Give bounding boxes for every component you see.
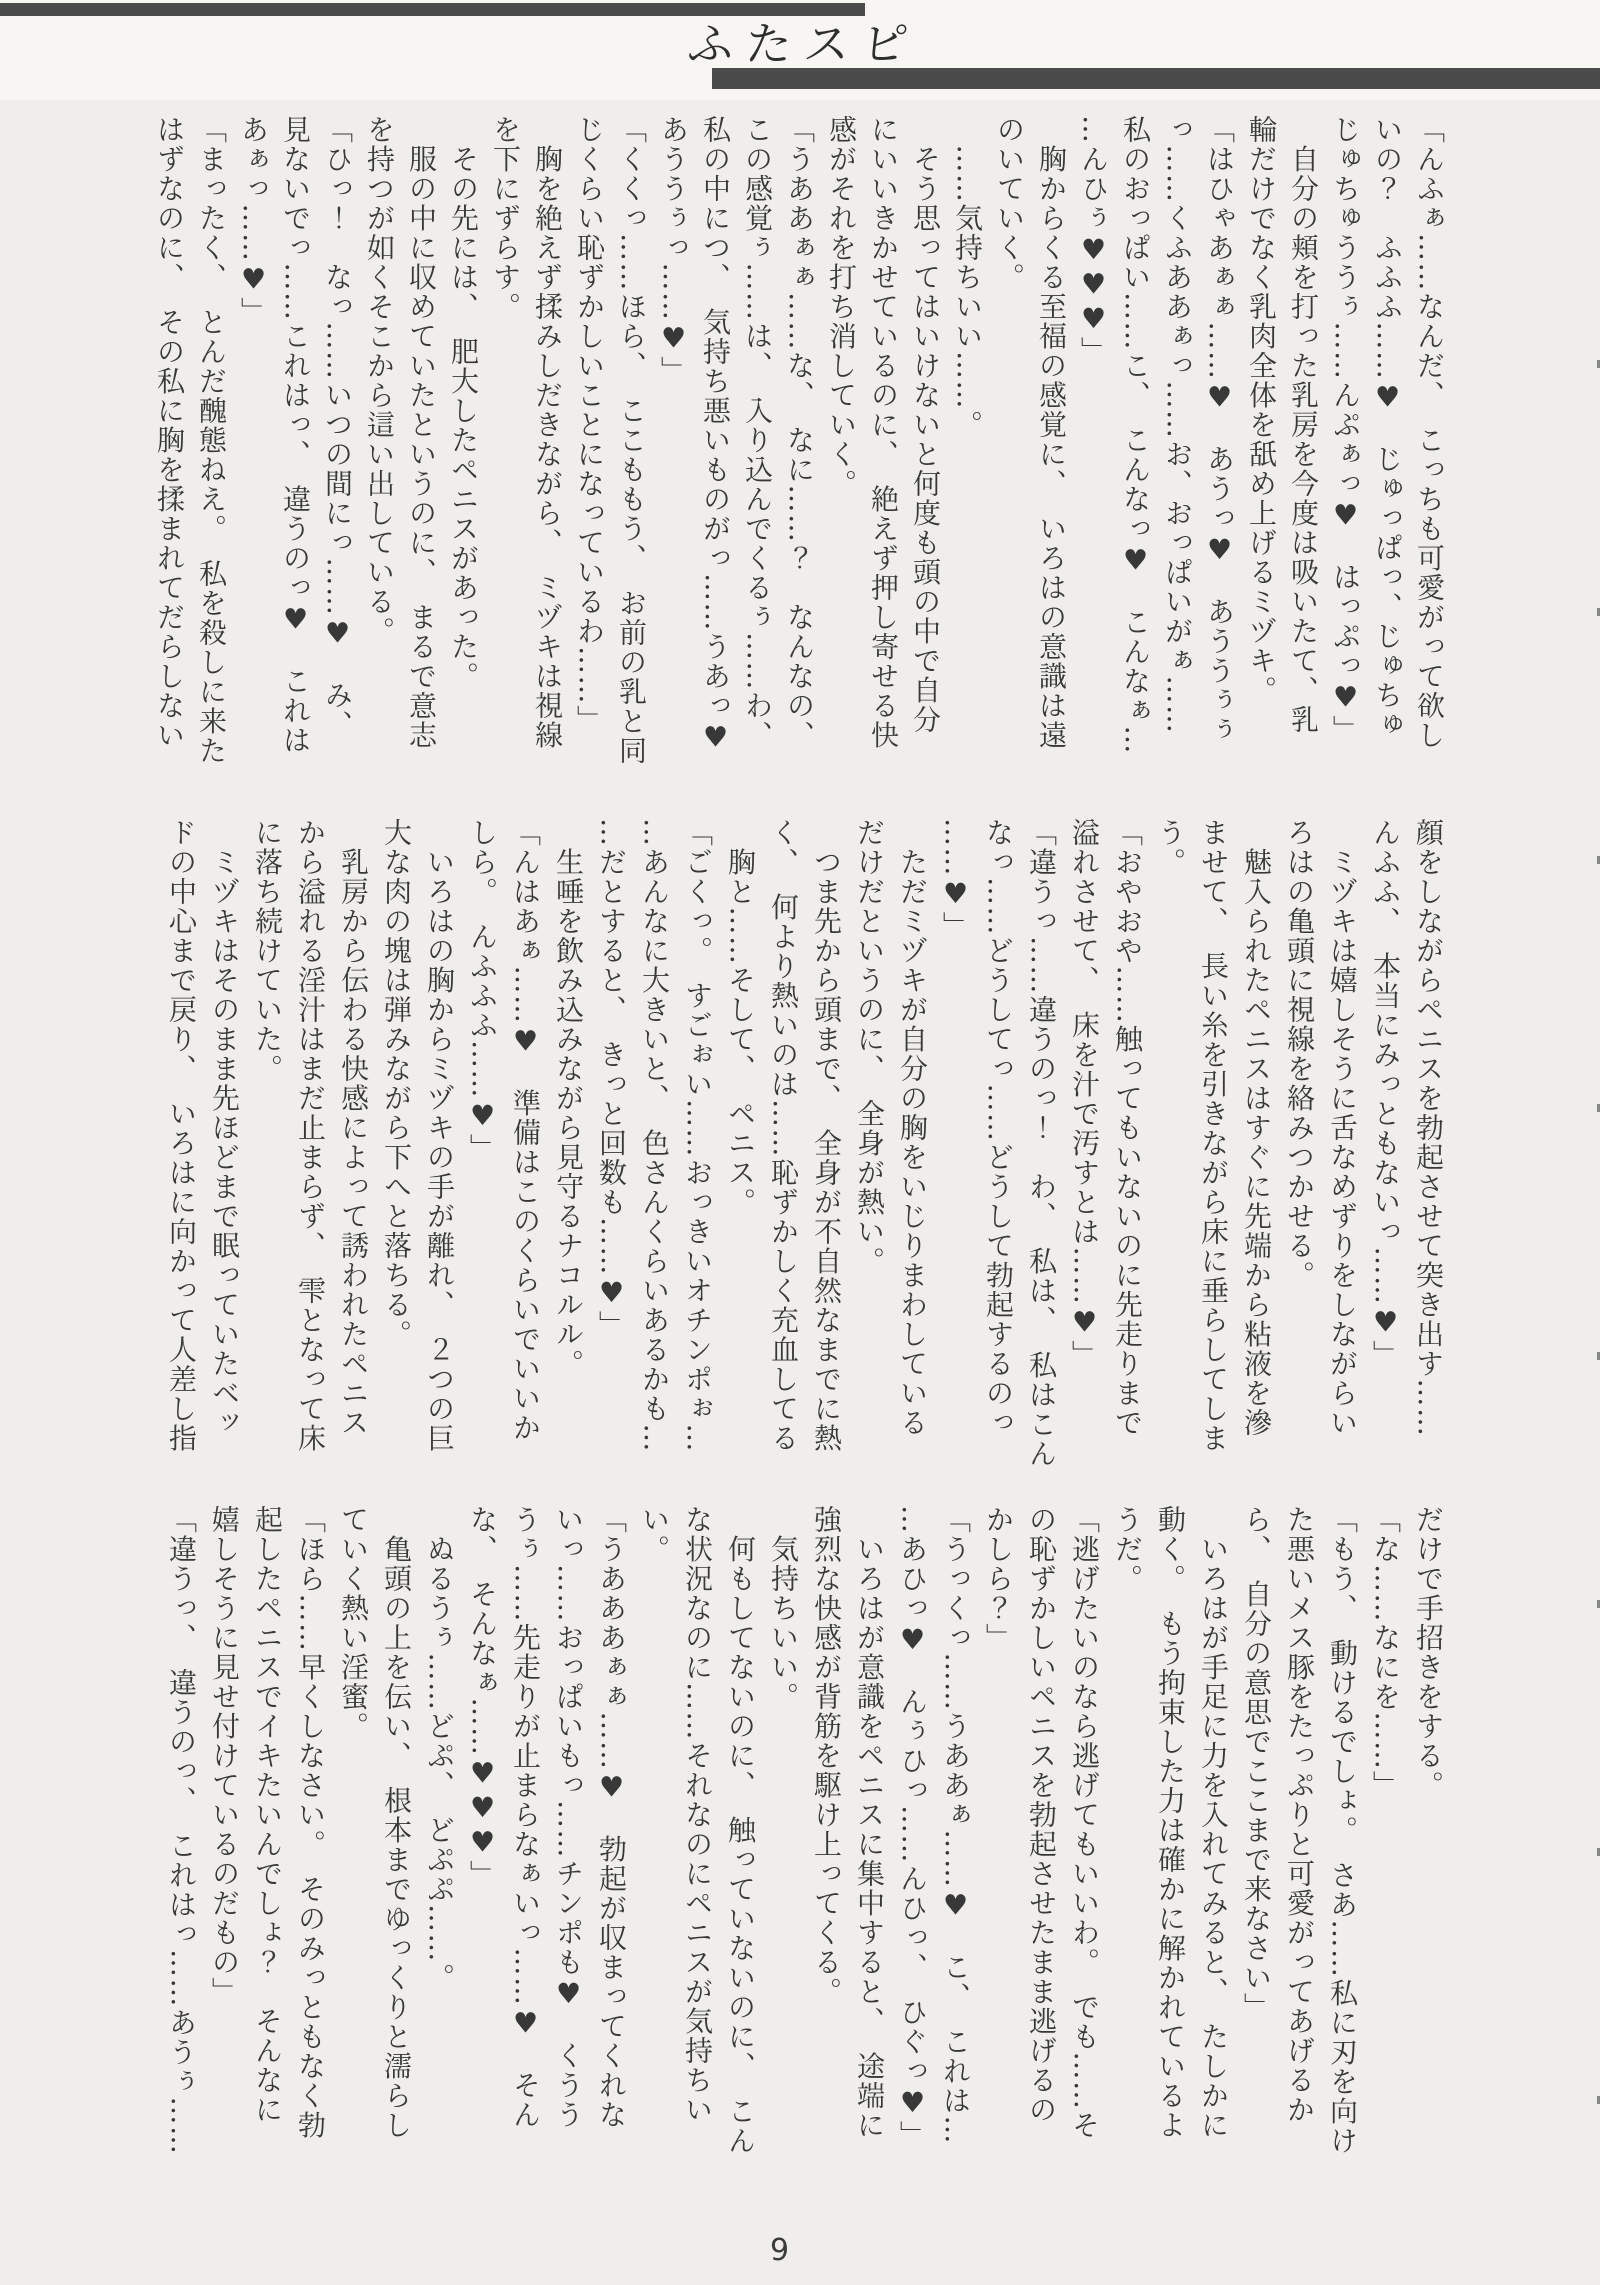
text-column: かしら？」 [977,1505,1020,2197]
text-column: この感覚ぅ……は、 入り込んでくるぅ……わ、 [736,115,778,807]
text-column: 「な……なにを……」 [1364,1505,1407,2197]
text-column: 私の中につ、 気持ち悪いものがっ……うあっ♥ [694,115,736,807]
text-column: なっ……どうしてっ……どうして勃起するのっ [977,818,1020,1510]
text-column: 「まったく、 とんだ醜態ねえ。 私を殺しに来た [190,115,232,807]
text-column: うだ。 [1106,1505,1149,2197]
text-column: ミヅキはそのまま先ほどまで眠っていたベッ [203,818,246,1510]
text-column: ただミヅキが自分の胸をいじりまわしている [891,818,934,1510]
text-column: 「違うっ、 違うのっ、 これはっ……あうぅ…… [160,1505,203,2197]
text-column: うぅ……先走りが止まらなぁいっ……♥ そん [504,1505,547,2197]
text-column: 「うああぁぁ……な、 なに……？ なんなの、 [778,115,820,807]
text-column: な、 そんなぁ……♥♥♥」 [461,1505,504,2197]
text-column: 乳房から伝わる快感によって誘われたペニス [332,818,375,1510]
text-column: 見ないでっ……これはっ、 違うのっ♥ これは [274,115,316,807]
text-column: ミヅキは嬉しそうに舌なめずりをしながらい [1321,818,1364,1510]
text-column: だけで手招きをする。 [1407,1505,1450,2197]
text-column: 「ほら……早くしなさい。 そのみっともなく勃 [289,1505,332,2197]
page-title: ふたスピ [685,8,923,74]
page-number: 9 [770,2233,789,2268]
text-column: 亀頭の上を伝い、 根本までゆっくりと濡らし [375,1505,418,2197]
text-column: はずなのに、 その私に胸を揉まれてだらしない [148,115,190,807]
text-band-1: 「んふぁ……なんだ、 こっちも可愛がって欲しいの？ ふふふ……♥ じゅっぱっ、じ… [148,115,1450,807]
text-column: そう思ってはいけないと何度も頭の中で自分 [904,115,946,807]
text-column: う。 [1149,818,1192,1510]
text-column: を下にずらす。 [484,115,526,807]
text-column: 感がそれを打ち消していく。 [820,115,862,807]
text-band-2: 顔をしながらペニスを勃起させて突き出す……んふふ、 本当にみっともないっ……♥」… [160,818,1450,1510]
text-column: 胸を絶えず揉みしだきながら、 ミヅキは視線 [526,115,568,807]
text-column: 強烈な快感が背筋を駆け上ってくる。 [805,1505,848,2197]
text-column: く、 何より熱いのは……恥ずかしく充血してる [762,818,805,1510]
text-column: の恥ずかしいペニスを勃起させたまま逃げるの [1020,1505,1063,2197]
text-column: を持つが如くそこから這い出している。 [358,115,400,807]
text-column: いろはが意識をペニスに集中すると、 途端に [848,1505,891,2197]
text-column: 輪だけでなく乳肉全体を舐め上げるミヅキ。 [1240,115,1282,807]
text-column: な状況なのに……それなのにペニスが気持ちい [676,1505,719,2197]
text-column: 起したペニスでイキたいんでしょ？ そんなに [246,1505,289,2197]
text-column: んふふ、 本当にみっともないっ……♥」 [1364,818,1407,1510]
text-column: 動く。 もう拘束した力は確かに解かれているよ [1149,1505,1192,2197]
text-column: 自分の頬を打った乳房を今度は吸いたて、乳 [1282,115,1324,807]
text-column: 嬉しそうに見せ付けているのだもの」 [203,1505,246,2197]
text-column: いの？ ふふふ……♥ じゅっぱっ、じゅちゅ [1366,115,1408,807]
text-column: ……気持ちいい……。 [946,115,988,807]
text-column: …あひっ♥ んぅひっ……んひっ、 ひぐっ♥」 [891,1505,934,2197]
text-column: 何もしてないのに、 触っていないのに、 こん [719,1505,762,2197]
text-column: から溢れる淫汁はまだ止まらず、 雫となって床 [289,818,332,1510]
text-column: しら。 んふふふ……♥」 [461,818,504,1510]
text-column: 私のおっぱい……こ、 こんなっ♥ こんなぁ… [1114,115,1156,807]
text-column: 「ごくっ。 すごぉい……おっきいオチンポぉ… [676,818,719,1510]
text-column: 溢れさせて、 床を汁で汚すとは……♥」 [1063,818,1106,1510]
text-column: に落ち続けていた。 [246,818,289,1510]
text-column: 顔をしながらペニスを勃起させて突き出す…… [1407,818,1450,1510]
text-column: じくらい恥ずかしいことになっているわ……」 [568,115,610,807]
text-column: だけだというのに、 全身が熱い。 [848,818,891,1510]
text-column: じゅちゅううぅ……んぷぁっ♥ はっぷっ♥」 [1324,115,1366,807]
text-column: つま先から頭まで、 全身が不自然なまでに熱 [805,818,848,1510]
text-column: 魅入られたペニスはすぐに先端から粘液を滲 [1235,818,1278,1510]
text-column: 「うあああぁぁ……♥ 勃起が収まってくれな [590,1505,633,2197]
text-column: あぁっ……♥」 [232,115,274,807]
text-column: 「もう、 動けるでしょ。 さあ……私に刃を向け [1321,1505,1364,2197]
text-column: 「んはあぁ……♥ 準備はこのくらいでいいか [504,818,547,1510]
scanned-novel-page: ふたスピ 「んふぁ……なんだ、 こっちも可愛がって欲しいの？ ふふふ……♥ じゅ… [0,0,1600,2285]
text-column: にいいきかせているのに、 絶えず押し寄せる快 [862,115,904,807]
text-column: ……♥」 [934,818,977,1510]
text-column: 気持ちいい。 [762,1505,805,2197]
text-column: ぬるうぅ……どぷ、 どぷぷ……。 [418,1505,461,2197]
text-column: 胸からくる至福の感覚に、 いろはの意識は遠 [1030,115,1072,807]
text-column: 「おやおや……触ってもいないのに先走りまで [1106,818,1149,1510]
text-column: 生唾を飲み込みながら見守るナコルル。 [547,818,590,1510]
text-column: ら、 自分の意思でここまで来なさい」 [1235,1505,1278,2197]
text-column: いろはが手足に力を入れてみると、 たしかに [1192,1505,1235,2197]
text-column: あううぅっ……♥」 [652,115,694,807]
text-column: 「違うっ……違うのっ！ わ、 私は、 私はこん [1020,818,1063,1510]
text-column: …だとすると、 きっと回数も……♥」 [590,818,633,1510]
text-column: ていく熱い淫蜜。 [332,1505,375,2197]
text-column: その先には、 肥大したペニスがあった。 [442,115,484,807]
text-column: ませて、 長い糸を引きながら床に垂らしてしま [1192,818,1235,1510]
text-column: ドの中心まで戻り、 いろはに向かって人差し指 [160,818,203,1510]
text-column: 服の中に収めていたというのに、 まるで意志 [400,115,442,807]
text-column: ろはの亀頭に視線を絡みつかせる。 [1278,818,1321,1510]
text-column: 「くくっ……ほら、 ここももう、 お前の乳と同 [610,115,652,807]
text-column: 「んふぁ……なんだ、 こっちも可愛がって欲し [1408,115,1450,807]
text-column: いろはの胸からミヅキの手が離れ、 ２つの巨 [418,818,461,1510]
text-column: い。 [633,1505,676,2197]
text-column: …あんなに大きいと、 色さんくらいあるかも… [633,818,676,1510]
text-column: 「逃げたいのなら逃げてもいいわ。 でも……そ [1063,1505,1106,2197]
text-column: 「はひゃあぁぁ……♥ あうっ♥ あううぅぅ [1198,115,1240,807]
text-column: いっ……おっぱいもっ……チンポも♥ くうう [547,1505,590,2197]
text-column: っ……くふああぁっ……お、おっぱいがぁ…… [1156,115,1198,807]
text-column: 「うっくっ……うああぁ……♥ こ、 これは… [934,1505,977,2197]
text-column: た悪いメス豚をたっぷりと可愛がってあげるか [1278,1505,1321,2197]
text-column: 「ひっ！ なっ……いつの間にっ……♥ み、 [316,115,358,807]
text-column: のいていく。 [988,115,1030,807]
text-column: 胸と……そして、 ペニス。 [719,818,762,1510]
text-column: …んひぅ♥♥♥」 [1072,115,1114,807]
text-column: 大な肉の塊は弾みながら下へと落ちる。 [375,818,418,1510]
text-band-3: だけで手招きをする。「な……なにを……」「もう、 動けるでしょ。 さあ……私に刃… [160,1505,1450,2197]
